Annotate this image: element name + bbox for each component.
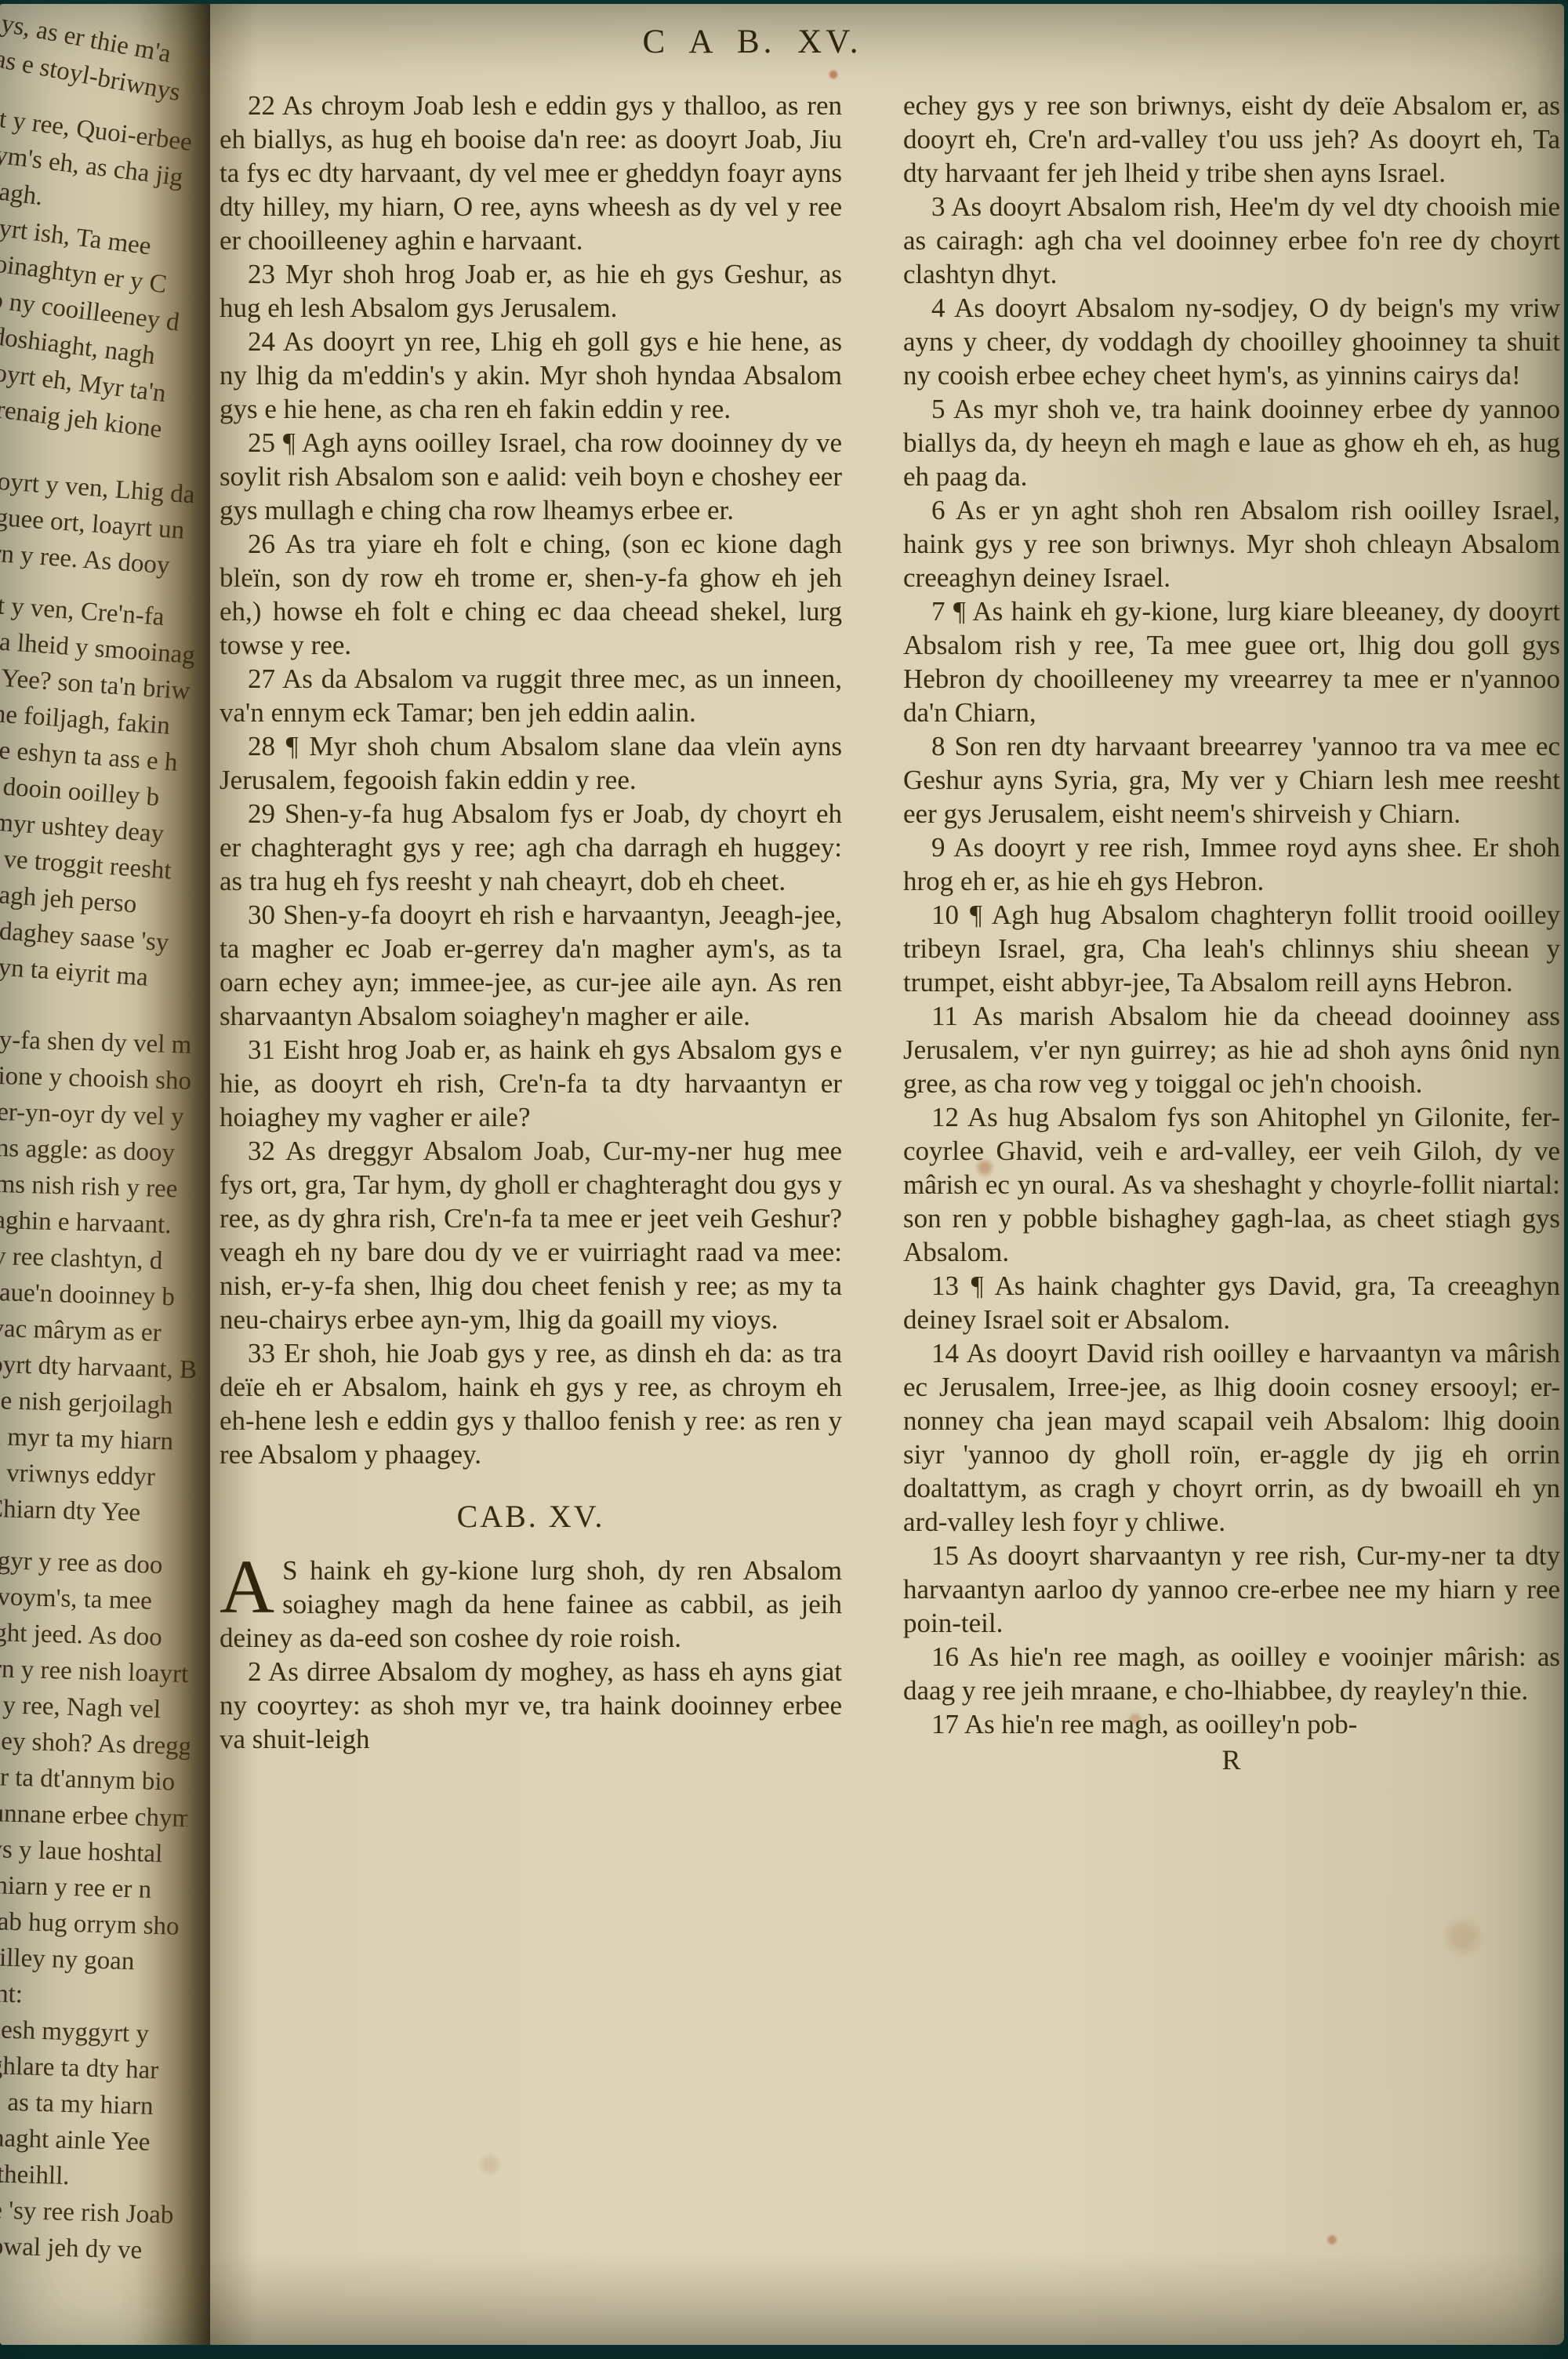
spine-fragment-line: er-yn-oyr dy vel y xyxy=(0,1094,208,1136)
spine-fragment-line: laue'n dooinney b xyxy=(0,1274,202,1316)
spine-fragment-line: Joab hug orrym sho xyxy=(0,1903,185,1945)
drop-cap: A xyxy=(220,1554,282,1616)
spine-fragment-line: ee nish gerjoilagh xyxy=(0,1383,199,1424)
spine-fragment-line: l unnane erbee chym xyxy=(0,1795,188,1837)
spine-fragment-line: rt y ree, Nagh vel xyxy=(0,1687,191,1728)
spine-fragment-line: y vriwnys eddyr xyxy=(0,1455,198,1496)
spine-fragment-line: vac mârym as er xyxy=(0,1310,201,1352)
spine-fragment-line: y ree clashtyn, d xyxy=(0,1238,204,1280)
spine-fragments: oyrt y ven, Lhig daguee ort, loayrt unrn… xyxy=(0,448,209,998)
spine-fragment-line: illey shoh? As dregg xyxy=(0,1723,190,1765)
verse-paragraph: 31 Eisht hrog Joab er, as haink eh gys A… xyxy=(220,1033,842,1134)
verse-paragraph: 26 As tra yiare eh folt e ching, (son ec… xyxy=(220,527,842,662)
verse-paragraph: 10 ¶ Agh hug Absalom chaghteryn follit t… xyxy=(903,898,1560,999)
spine-fragment-line: y hiarn y ree er n xyxy=(0,1867,186,1909)
left-verses: 22 As chroym Joab lesh e eddin gys y tha… xyxy=(220,89,842,1756)
spine-fragment-line: aghin e harvaant. xyxy=(0,1202,205,1244)
verse-paragraph: 6 As er yn aght shoh ren Absalom rish oo… xyxy=(903,493,1560,594)
spine-fragment-line: eenaght ainle Yee xyxy=(0,2119,179,2161)
right-verses: echey gys y ree son briwnys, eisht dy de… xyxy=(903,89,1560,1741)
spine-fragment-line: sy theihll. xyxy=(0,2155,178,2197)
verse-paragraph: 14 As dooyrt David rish ooilley e harvaa… xyxy=(903,1336,1560,1539)
verse-paragraph: 16 As hie'n ree magh, as ooilley e vooin… xyxy=(903,1640,1560,1707)
facing-page-edge: ys, as er thie m'aas e stoyl-briwnys t y… xyxy=(0,4,210,2345)
running-head: C A B. XV. xyxy=(75,23,1429,61)
spine-fragment-line: oyrt dty harvaant, B xyxy=(0,1347,201,1388)
verse-paragraph: 24 As dooyrt yn ree, Lhig eh goll gys e … xyxy=(220,325,842,426)
spine-fragment-line: e lowal jeh dy ve xyxy=(0,2227,176,2269)
spine-fragment-line: y-fa shen dy vel m xyxy=(0,1022,209,1063)
verse-paragraph: 15 As dooyrt sharvaantyn y ree rish, Cur… xyxy=(903,1539,1560,1640)
left-text-column: 22 As chroym Joab lesh e eddin gys y tha… xyxy=(220,89,842,1756)
spine-fragment-line: ch: as ta my hiarn xyxy=(0,2083,180,2125)
verse-paragraph: 23 Myr shoh hrog Joab er, as hie eh gys … xyxy=(220,257,842,325)
verse-paragraph: 7 ¶ As haink eh gy-kione, lurg kiare ble… xyxy=(903,594,1560,729)
spine-fragment-line: ione y chooish sho xyxy=(0,1058,209,1100)
spine-fragment-line: ms nish rish y ree xyxy=(0,1166,205,1208)
verse-paragraph: 13 ¶ As haink chaghter gys David, gra, T… xyxy=(903,1269,1560,1336)
verse-paragraph: 11 As marish Absalom hie da cheead dooin… xyxy=(903,999,1560,1100)
right-text-column: echey gys y ree son briwnys, eisht dy de… xyxy=(903,89,1560,1777)
verse-paragraph: 30 Shen-y-fa dooyrt eh rish e harvaantyn… xyxy=(220,898,842,1033)
main-page: C A B. XV. 22 As chroym Joab lesh e eddi… xyxy=(210,4,1564,2345)
spine-fragment-line: l voym's, ta mee xyxy=(0,1579,194,1620)
spine-fragment-line: Iyr ta dt'annym bio xyxy=(0,1759,189,1801)
spine-fragment-line: y ghlare ta dty har xyxy=(0,2047,181,2088)
spine-fragment-line: arn y ree nish loayrt xyxy=(0,1651,192,1692)
verse-paragraph: 9 As dooyrt y ree rish, Immee royd ayns … xyxy=(903,831,1560,898)
verse-paragraph: 4 As dooyrt Absalom ny-sodjey, O dy beig… xyxy=(903,291,1560,392)
verse-paragraph: 12 As hug Absalom fys son Ahitophel yn G… xyxy=(903,1100,1560,1269)
spine-fragment-line: n myr ta my hiarn xyxy=(0,1419,198,1460)
spine-fragment-line: aant: xyxy=(0,1976,183,2017)
spine-fragment-line: aght jeed. As doo xyxy=(0,1615,193,1656)
verse-paragraph: echey gys y ree son briwnys, eisht dy de… xyxy=(903,89,1560,190)
verse-paragraph: 29 Shen-y-fa hug Absalom fys er Joab, dy… xyxy=(220,797,842,898)
verse-paragraph: 8 Son ren dty harvaant breearrey 'yannoo… xyxy=(903,729,1560,831)
spine-fragments: y-fa shen dy vel mione y chooish shoer-y… xyxy=(0,1006,210,2270)
spine-fragment-line: ns aggle: as dooy xyxy=(0,1130,206,1172)
signature-mark: R xyxy=(903,1743,1560,1777)
verse-paragraph: 22 As chroym Joab lesh e eddin gys y tha… xyxy=(220,89,842,257)
verse-paragraph: 2 As dirree Absalom dy moghey, as hass e… xyxy=(220,1655,842,1756)
chapter-heading: CAB. XV. xyxy=(220,1499,842,1533)
spine-fragment-line: Chiarn dty Yee xyxy=(0,1491,197,1532)
spine-fragment-line: gys y laue hoshtal xyxy=(0,1831,187,1873)
spine-fragment-line: rt lesh myggyrt y xyxy=(0,2012,182,2053)
spine-fragment-line: ooilley ny goan xyxy=(0,1939,184,1981)
verse-paragraph: 33 Er shoh, hie Joab gys y ree, as dinsh… xyxy=(220,1336,842,1471)
verse-paragraph: 27 As da Absalom va ruggit three mec, as… xyxy=(220,662,842,729)
verse-paragraph: 3 As dooyrt Absalom rish, Hee'm dy vel d… xyxy=(903,190,1560,291)
verse-paragraph: 32 As dreggyr Absalom Joab, Cur-my-ner h… xyxy=(220,1134,842,1336)
verse-paragraph: AS haink eh gy-kione lurg shoh, dy ren A… xyxy=(220,1554,842,1655)
verse-paragraph: 25 ¶ Agh ayns ooilley Israel, cha row do… xyxy=(220,426,842,527)
verse-paragraph: 17 As hie'n ree magh, as ooilley'n pob- xyxy=(903,1707,1560,1741)
book-photo: ys, as er thie m'aas e stoyl-briwnys t y… xyxy=(0,0,1568,2359)
spine-fragment-line: hee 'sy ree rish Joab xyxy=(0,2191,177,2233)
page-spread: ys, as er thie m'aas e stoyl-briwnys t y… xyxy=(0,4,1564,2345)
verse-paragraph: 5 As myr shoh ve, tra haink dooinney erb… xyxy=(903,392,1560,493)
spine-fragment-line: ggyr y ree as doo xyxy=(0,1543,195,1584)
verse-paragraph: 28 ¶ Myr shoh chum Absalom slane daa vle… xyxy=(220,729,842,797)
spine-fragments: t y ree, Quoi-erbeeym's eh, as cha jigra… xyxy=(0,101,209,449)
